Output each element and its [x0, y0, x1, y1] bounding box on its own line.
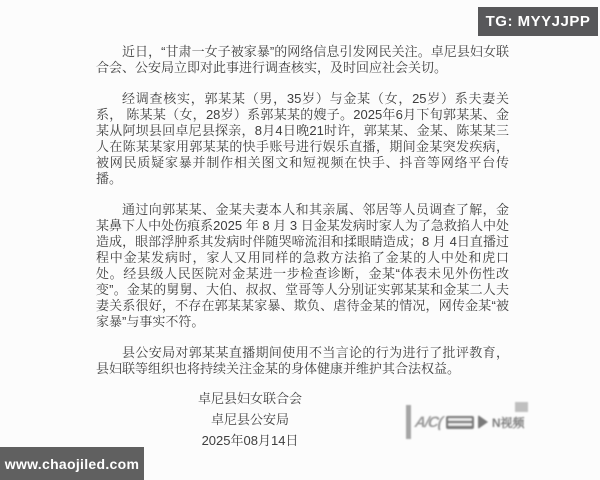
signature-block: 卓尼县妇女联合会 卓尼县公安局 2025年08月14日 — [96, 388, 404, 451]
watermark-row: A/C( N视频 — [406, 405, 525, 439]
play-triangle-icon — [478, 415, 488, 429]
paragraph-conclusion: 县公安局对郭某某直播期间使用不当言论的行为进行了批评教育，县妇联等组织也将持续关… — [96, 345, 509, 377]
site-watermark-label: www.chaojiled.com — [5, 456, 140, 472]
watermark-left-mark: A/C( — [414, 414, 443, 431]
signature-org-public-security: 卓尼县公安局 — [96, 409, 404, 430]
watermark-strip — [406, 405, 411, 439]
paragraph-findings: 通过向郭某某、金某夫妻本人和其亲属、邻居等人员调查了解，金某鼻下人中处伤痕系20… — [96, 202, 509, 330]
announcement-body: 近日，“甘肃一女子被家暴”的网络信息引发网民关注。卓尼县妇女联合会、公安局立即对… — [96, 44, 509, 392]
video-platform-watermark: A/C( N视频 — [406, 402, 528, 436]
paragraph-intro: 近日，“甘肃一女子被家暴”的网络信息引发网民关注。卓尼县妇女联合会、公安局立即对… — [96, 44, 509, 76]
signature-org-womens-federation: 卓尼县妇女联合会 — [96, 388, 404, 409]
watermark-right-mark: N视频 — [492, 414, 525, 431]
watermark-text-badge — [446, 416, 474, 429]
paragraph-investigation: 经调查核实，郭某某（男，35岁）与金某（女，25岁）系夫妻关系， 陈某某（女，2… — [96, 91, 509, 187]
site-watermark-badge: www.chaojiled.com — [0, 447, 144, 480]
telegram-watermark-label: TG: MYYJJPP — [486, 13, 591, 30]
telegram-watermark-badge: TG: MYYJJPP — [478, 7, 598, 36]
